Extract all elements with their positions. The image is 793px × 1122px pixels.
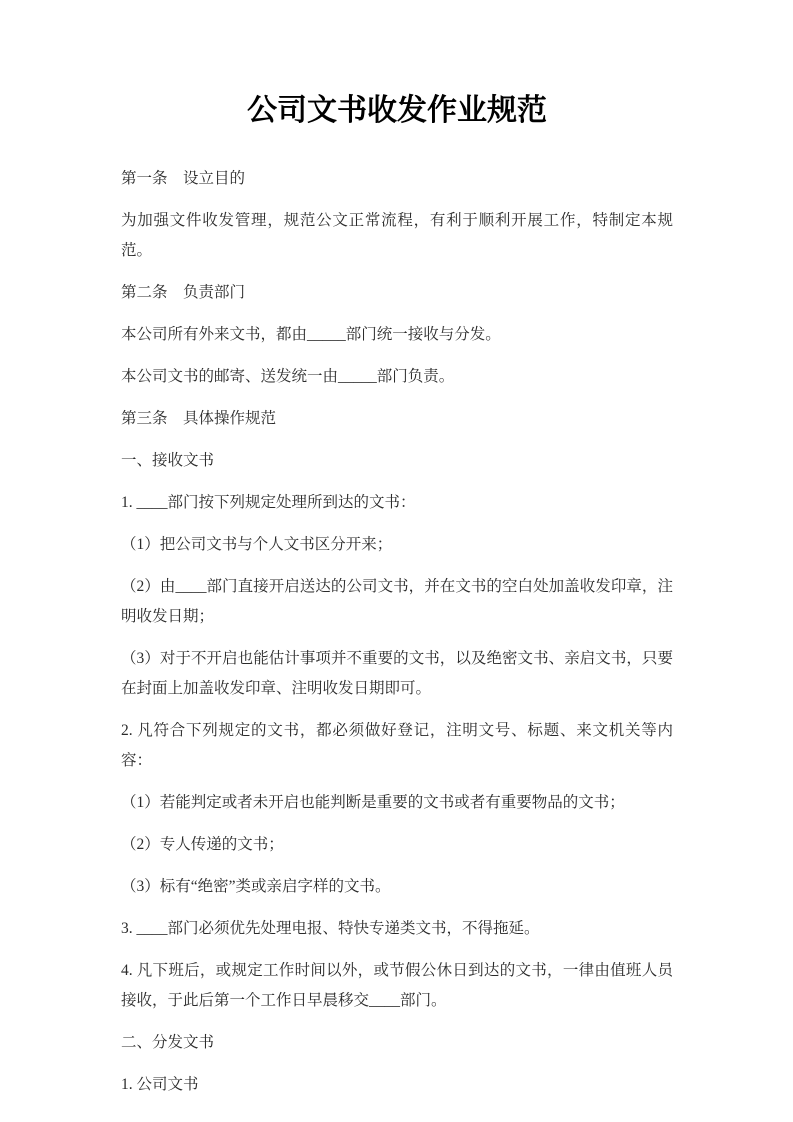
paragraph: 第二条 负责部门 (121, 278, 673, 308)
paragraph: 1. ____部门按下列规定处理所到达的文书： (121, 488, 673, 518)
paragraph: 本公司文书的邮寄、送发统一由_____部门负责。 (121, 362, 673, 392)
paragraph: （2）由____部门直接开启送达的公司文书，并在文书的空白处加盖收发印章，注明收… (121, 572, 673, 632)
paragraph: 第一条 设立目的 (121, 164, 673, 194)
paragraph: 1. 公司文书 (121, 1070, 673, 1100)
paragraph: 第三条 具体操作规范 (121, 404, 673, 434)
paragraph: 3. ____部门必须优先处理电报、特快专递类文书，不得拖延。 (121, 914, 673, 944)
document-page: 公司文书收发作业规范 第一条 设立目的为加强文件收发管理，规范公文正常流程，有利… (0, 0, 793, 1122)
paragraph: 一、接收文书 (121, 446, 673, 476)
paragraph: 4. 凡下班后，或规定工作时间以外，或节假公休日到达的文书，一律由值班人员接收，… (121, 956, 673, 1016)
paragraph: （1）把公司文书与个人文书区分开来； (121, 530, 673, 560)
paragraph: （1）若能判定或者未开启也能判断是重要的文书或者有重要物品的文书； (121, 788, 673, 818)
paragraph: （3）对于不开启也能估计事项并不重要的文书，以及绝密文书、亲启文书，只要在封面上… (121, 644, 673, 704)
paragraph: 本公司所有外来文书，都由_____部门统一接收与分发。 (121, 320, 673, 350)
paragraph: （2）专人传递的文书； (121, 830, 673, 860)
paragraph: 2. 凡符合下列规定的文书，都必须做好登记，注明文号、标题、来文机关等内容： (121, 716, 673, 776)
paragraph: （3）标有“绝密”类或亲启字样的文书。 (121, 872, 673, 902)
document-body: 第一条 设立目的为加强文件收发管理，规范公文正常流程，有利于顺利开展工作，特制定… (121, 164, 673, 1100)
paragraph: 二、分发文书 (121, 1028, 673, 1058)
document-title: 公司文书收发作业规范 (121, 90, 673, 132)
paragraph: 为加强文件收发管理，规范公文正常流程，有利于顺利开展工作，特制定本规范。 (121, 206, 673, 266)
